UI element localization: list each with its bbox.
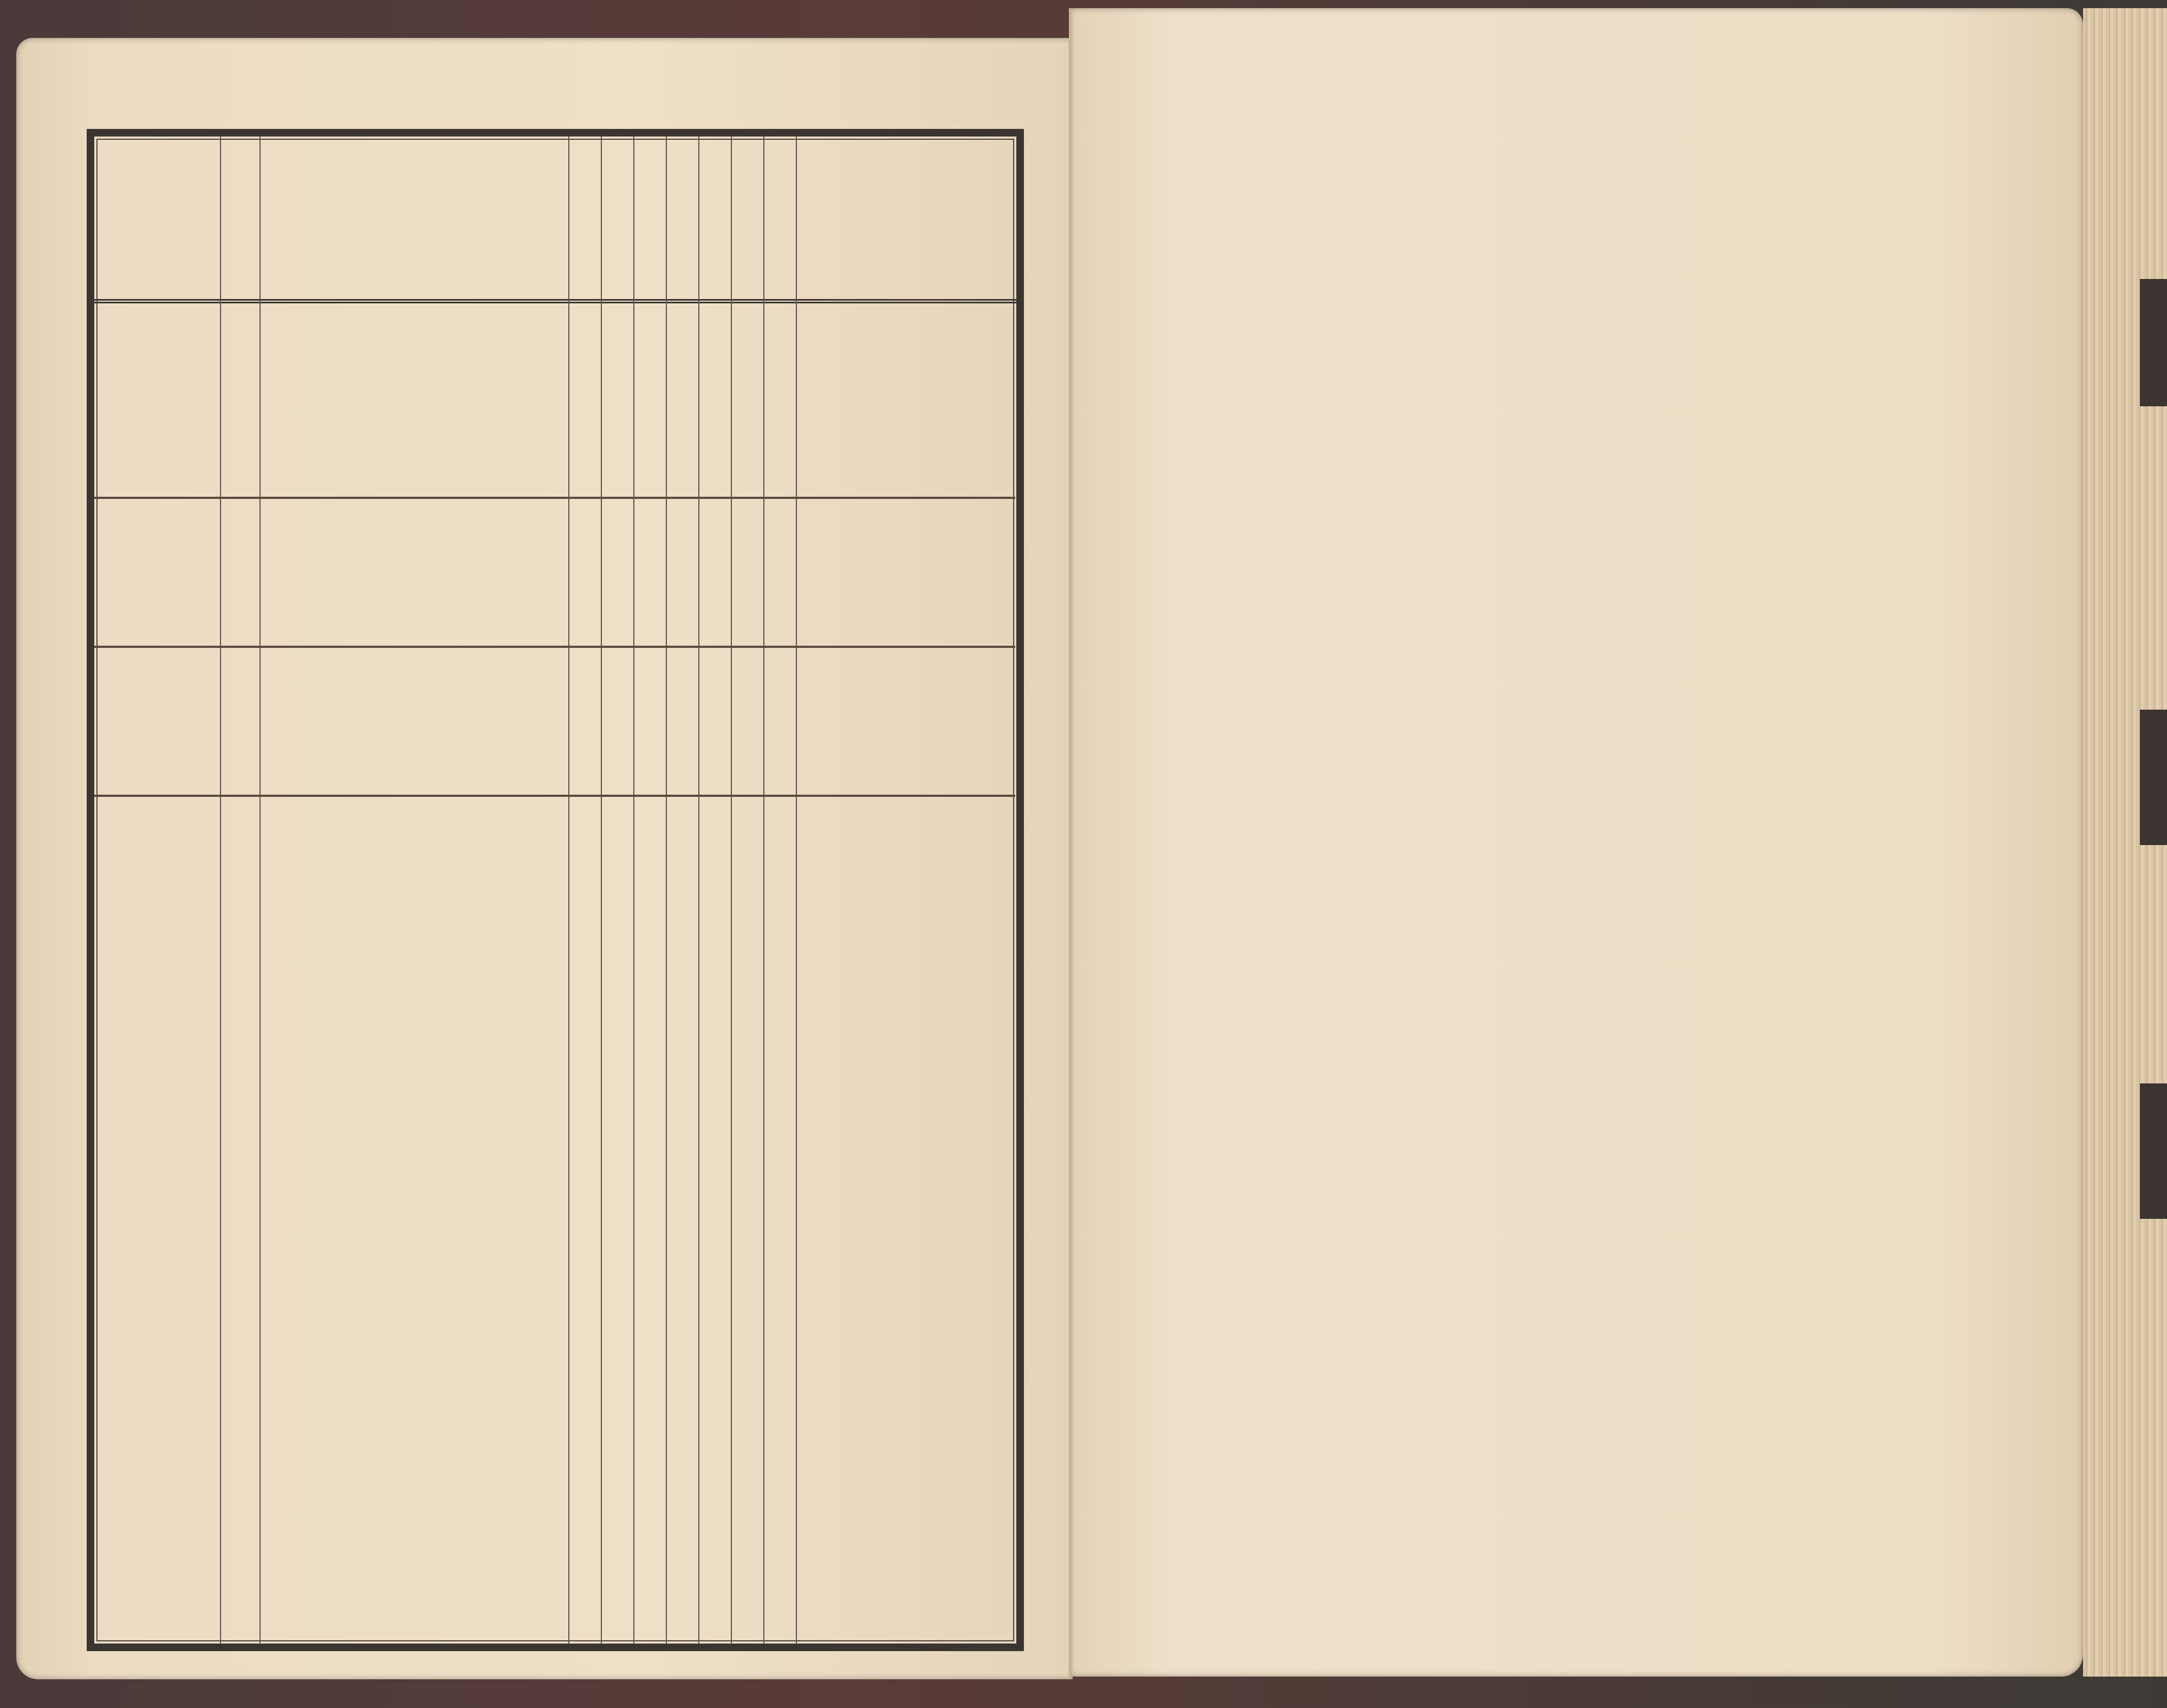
index-tab[interactable] [2140, 279, 2167, 406]
row-divider [94, 646, 1015, 648]
book-spine [1069, 8, 1071, 1677]
register-table-left [87, 129, 1024, 1651]
index-tab[interactable] [2140, 1083, 2167, 1219]
row-divider [94, 497, 1015, 499]
table-header [94, 137, 1016, 303]
index-tab[interactable] [2140, 710, 2167, 845]
row-divider [94, 795, 1015, 797]
right-page [1070, 8, 2083, 1677]
